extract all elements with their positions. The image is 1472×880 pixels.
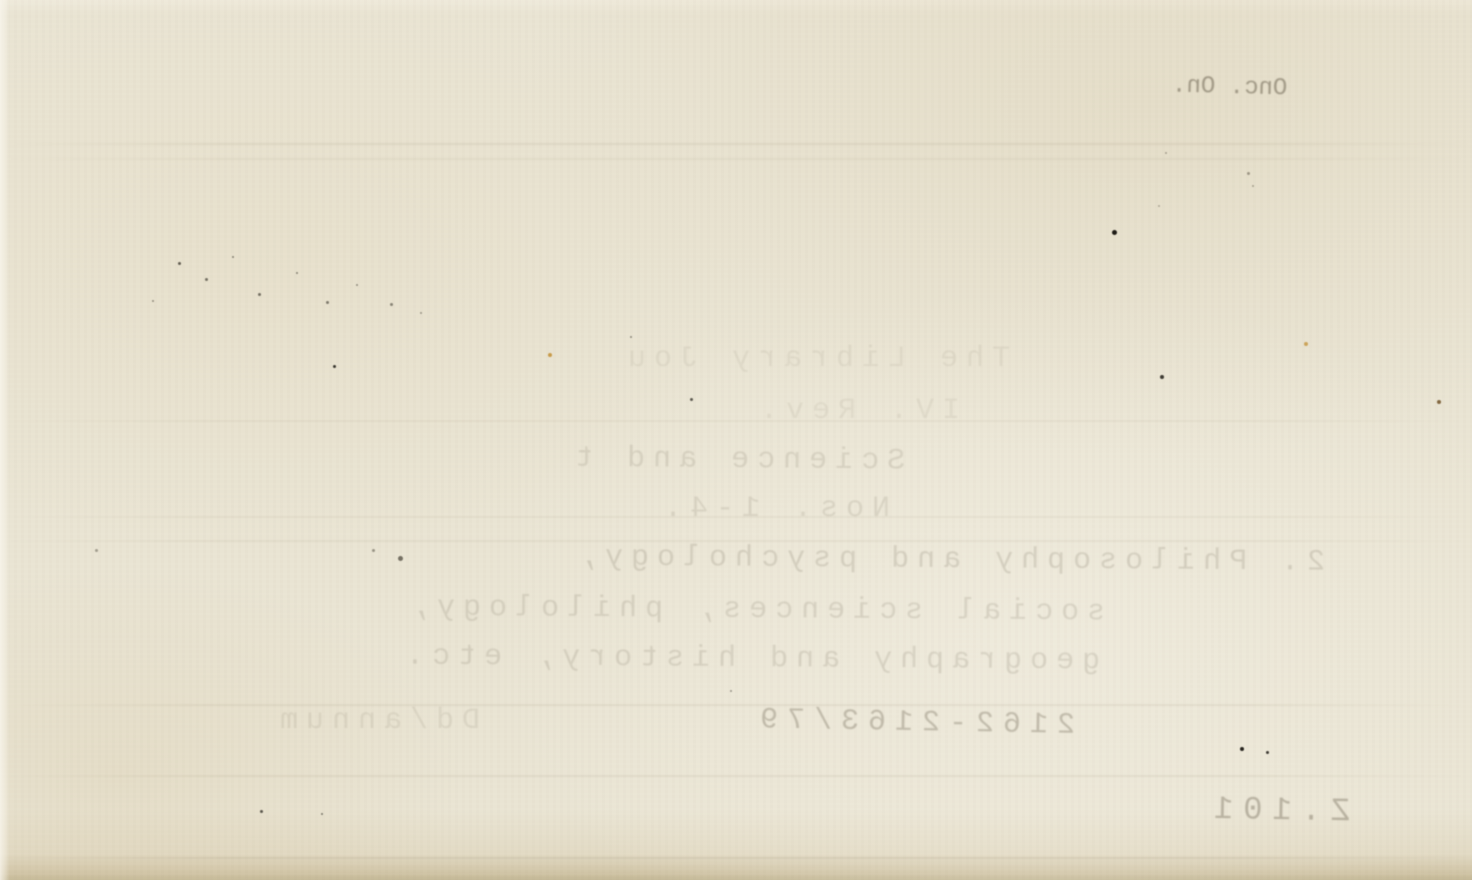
bleed-shelfmark: Z.101	[1204, 791, 1351, 831]
paper-crease-line	[0, 143, 1472, 145]
ink-speck	[1112, 230, 1117, 235]
paper-crease-line	[0, 775, 1472, 777]
bleed-line-accession: 2162-2163/79	[751, 703, 1076, 743]
ink-speck	[232, 256, 234, 258]
ink-speck	[690, 398, 693, 401]
ink-speck	[548, 353, 552, 357]
ink-speck	[1437, 400, 1441, 404]
paper-crease-line	[0, 158, 1472, 160]
ink-speck	[333, 365, 336, 368]
ink-speck	[205, 278, 208, 281]
ink-speck	[356, 284, 358, 286]
ink-speck	[1266, 751, 1269, 754]
ink-speck	[1240, 747, 1244, 751]
paper-grain-texture	[0, 0, 1472, 880]
bleed-line-science: Science and t	[567, 442, 905, 479]
bleed-line-rev: IV. Rev.	[752, 394, 960, 428]
ink-speck	[1158, 205, 1160, 207]
ink-speck	[730, 690, 732, 692]
ink-speck	[1252, 185, 1254, 187]
ink-speck	[258, 293, 261, 296]
card-back-paper: Onc. On.The Library JouIV. Rev.Science a…	[0, 0, 1472, 880]
ink-speck	[95, 549, 98, 552]
ink-speck	[420, 312, 422, 314]
ink-speck	[326, 301, 329, 304]
ink-speck	[1247, 172, 1250, 175]
bleed-line-nos: Nos. 1-4.	[656, 492, 890, 526]
ink-speck	[260, 810, 263, 813]
bleed-line-philosophy: 2. Philosophy and psychology,	[571, 540, 1325, 579]
ink-speck	[398, 556, 403, 561]
ink-speck	[630, 336, 632, 338]
scanned-card-image: Onc. On.The Library JouIV. Rev.Science a…	[0, 0, 1472, 880]
ink-speck	[178, 262, 181, 265]
ink-speck	[296, 272, 298, 274]
bleed-line-title: The Library Jou	[620, 342, 1010, 376]
ink-speck	[390, 303, 393, 306]
ink-speck	[1165, 152, 1167, 154]
ink-speck	[372, 549, 375, 552]
ink-speck	[1160, 375, 1164, 379]
ink-speck	[1304, 342, 1308, 346]
bleed-line-dd: Dd/annum	[272, 704, 480, 738]
bleed-line-geography: geography and history, etc.	[398, 640, 1100, 679]
paper-crease-line	[0, 420, 1472, 422]
paper-left-edge-highlight	[0, 0, 10, 880]
paper-crease-line	[0, 704, 1472, 706]
paper-crease-line	[0, 857, 1472, 859]
ink-speck	[152, 300, 154, 302]
bleed-line-social: social sciences, philology,	[403, 591, 1105, 630]
ink-speck	[321, 813, 323, 815]
bleed-corner-mark: Onc. On.	[1171, 72, 1287, 102]
